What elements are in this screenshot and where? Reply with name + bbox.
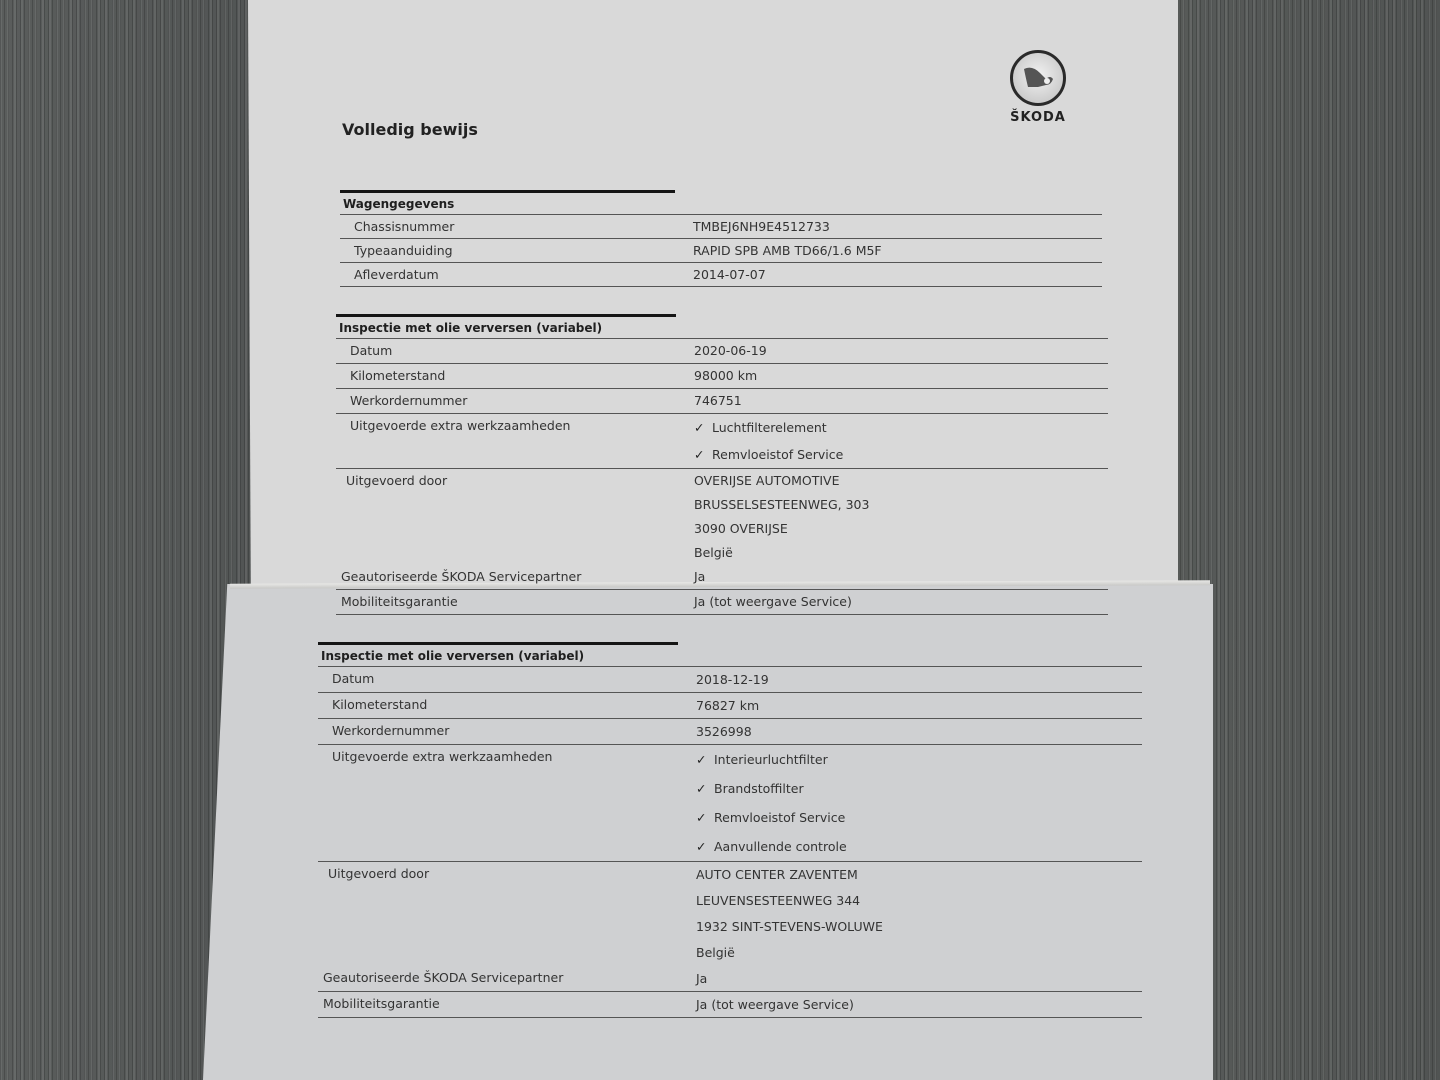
brand-name: ŠKODA <box>1000 110 1076 125</box>
check-icon: ✓ <box>696 745 714 774</box>
table-row: MobiliteitsgarantieJa (tot weergave Serv… <box>318 991 1142 1017</box>
section-vehicle: Wagengegevens ChassisnummerTMBEJ6NH9E451… <box>340 190 1102 287</box>
check-icon: ✓ <box>696 803 714 832</box>
document: Volledig bewijs ŠKODA Wagengegevens Chas… <box>0 0 1440 1080</box>
table-row: Datum2018-12-19 <box>318 666 1142 692</box>
section-heading: Inspectie met olie verversen (variabel) <box>318 645 1142 666</box>
table-row: Geautoriseerde ŠKODA ServicepartnerJa <box>318 966 1142 991</box>
completed-task: ✓Remvloeistof Service <box>696 803 847 832</box>
row-label: Geautoriseerde ŠKODA Servicepartner <box>318 966 1142 985</box>
completed-task: ✓Interieurluchtfilter <box>696 745 847 774</box>
completed-task: ✓Aanvullende controle <box>696 832 847 861</box>
row-label: Geautoriseerde ŠKODA Servicepartner <box>336 565 1108 584</box>
row-value: Ja <box>696 966 707 991</box>
section-inspection-1: Inspectie met olie verversen (variabel)D… <box>336 314 1108 615</box>
row-value: AUTO CENTER ZAVENTEM <box>696 862 883 888</box>
table-row: Werkordernummer3526998 <box>318 718 1142 744</box>
table-row: Werkordernummer746751 <box>336 388 1108 413</box>
check-icon: ✓ <box>696 774 714 803</box>
row-value: LEUVENSESTEENWEG 344 <box>696 888 883 914</box>
row-value: 746751 <box>694 389 742 413</box>
document-title: Volledig bewijs <box>342 120 478 139</box>
row-value: RAPID SPB AMB TD66/1.6 M5F <box>693 239 882 262</box>
row-value: 3526998 <box>696 719 752 744</box>
check-icon: ✓ <box>694 414 712 441</box>
table-row: Kilometerstand98000 km <box>336 363 1108 388</box>
check-icon: ✓ <box>696 832 714 861</box>
table-row: Uitgevoerde extra werkzaamheden✓Interieu… <box>318 744 1142 861</box>
table-row: Uitgevoerd doorOVERIJSE AUTOMOTIVEBRUSSE… <box>336 468 1108 565</box>
row-value: Ja <box>694 565 705 589</box>
row-value: 2020-06-19 <box>694 339 767 363</box>
check-icon: ✓ <box>694 441 712 468</box>
row-value: OVERIJSE AUTOMOTIVE <box>694 469 869 493</box>
row-value: 2018-12-19 <box>696 667 769 692</box>
table-row: ChassisnummerTMBEJ6NH9E4512733 <box>340 214 1102 238</box>
section-heading: Inspectie met olie verversen (variabel) <box>336 317 1108 338</box>
section-heading: Wagengegevens <box>340 193 1102 214</box>
row-value: 98000 km <box>694 364 757 388</box>
row-value: BRUSSELSESTEENWEG, 303 <box>694 493 869 517</box>
table-row: Uitgevoerde extra werkzaamheden✓Luchtfil… <box>336 413 1108 468</box>
table-row: TypeaanduidingRAPID SPB AMB TD66/1.6 M5F <box>340 238 1102 262</box>
row-value: 76827 km <box>696 693 759 718</box>
row-value: TMBEJ6NH9E4512733 <box>693 215 830 238</box>
completed-task: ✓Luchtfilterelement <box>694 414 843 441</box>
row-value: België <box>696 940 883 966</box>
table-row: Uitgevoerd doorAUTO CENTER ZAVENTEMLEUVE… <box>318 861 1142 966</box>
section-inspection-2: Inspectie met olie verversen (variabel)D… <box>318 642 1142 1018</box>
completed-task: ✓Brandstoffilter <box>696 774 847 803</box>
row-value: België <box>694 541 869 565</box>
table-row: Kilometerstand76827 km <box>318 692 1142 718</box>
row-value: Ja (tot weergave Service) <box>696 992 854 1017</box>
table-row: Geautoriseerde ŠKODA ServicepartnerJa <box>336 565 1108 589</box>
skoda-logo-icon <box>1010 50 1066 106</box>
table-row: MobiliteitsgarantieJa (tot weergave Serv… <box>336 589 1108 614</box>
completed-task: ✓Remvloeistof Service <box>694 441 843 468</box>
row-value: 3090 OVERIJSE <box>694 517 869 541</box>
table-row: Datum2020-06-19 <box>336 338 1108 363</box>
row-value: 1932 SINT-STEVENS-WOLUWE <box>696 914 883 940</box>
skoda-logo: ŠKODA <box>1000 50 1076 125</box>
table-row: Afleverdatum2014-07-07 <box>340 262 1102 286</box>
row-value: Ja (tot weergave Service) <box>694 590 852 614</box>
row-value: 2014-07-07 <box>693 263 766 286</box>
